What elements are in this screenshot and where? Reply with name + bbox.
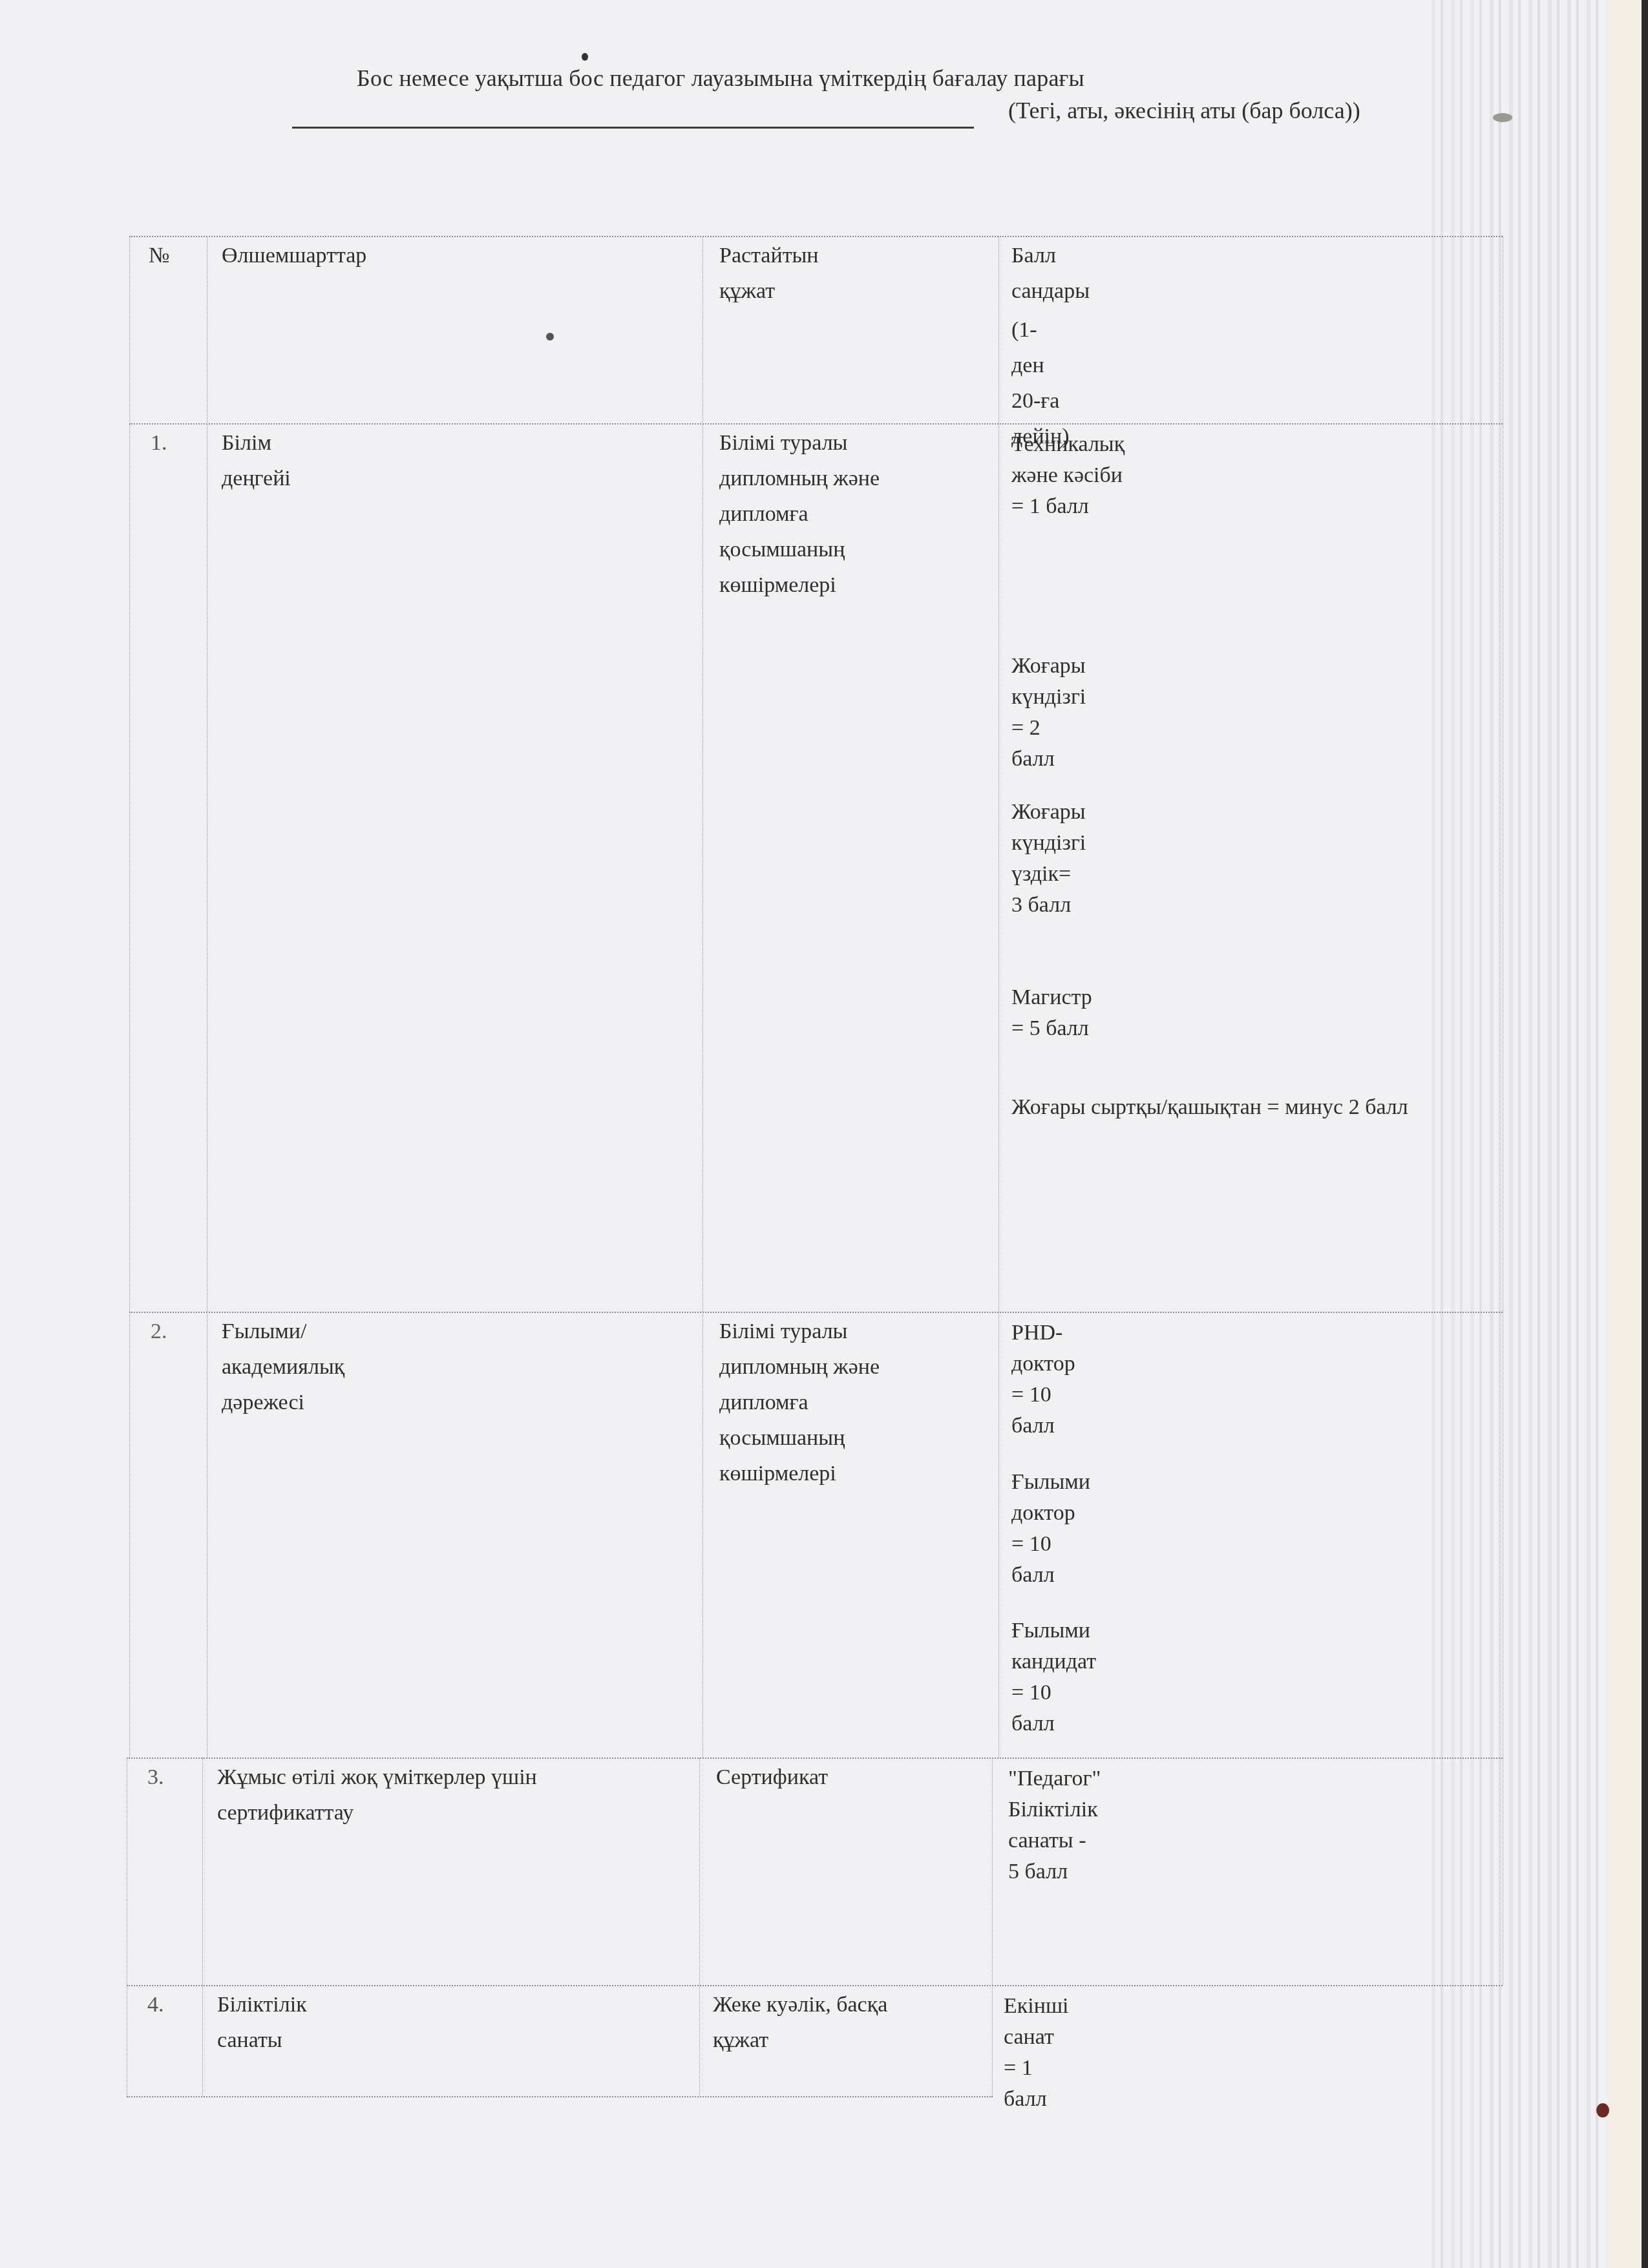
header-criteria: Өлшемшарттар: [222, 238, 366, 273]
scan-artifact-band: [1431, 0, 1490, 2268]
score-option: Ғылыми кандидат = 10 балл: [1011, 1615, 1096, 1739]
row-number: 2.: [151, 1314, 167, 1349]
header-score-title: Балл сандары: [1011, 238, 1090, 309]
row-divider: [127, 1758, 1503, 1759]
score-option: Жоғары күндізгі үздік= 3 балл: [1011, 797, 1086, 921]
scan-speck: [1493, 113, 1512, 122]
table-border: [127, 1758, 127, 2096]
score-option: Техникалық және кәсіби = 1 балл: [1011, 429, 1125, 522]
row-document: Сертификат: [716, 1759, 828, 1795]
header-document: Растайтын құжат: [719, 238, 819, 309]
score-option: PHD-доктор = 10 балл: [1011, 1318, 1075, 1442]
row-divider: [127, 1985, 1503, 1986]
column-divider: [703, 236, 703, 1758]
score-option: Магистр = 5 балл: [1011, 982, 1092, 1044]
table-border: [1503, 236, 1503, 1985]
score-option: Жоғары күндізгі = 2 балл: [1011, 651, 1086, 775]
applicant-name-hint: (Тегі, аты, әкесінің аты (бар болса)): [1008, 97, 1360, 124]
row-number: 4.: [147, 1987, 164, 2022]
row-divider: [129, 1312, 1503, 1313]
row-document: Білімі туралы дипломның және дипломға қо…: [719, 425, 933, 603]
header-number: №: [149, 238, 169, 273]
column-divider: [207, 236, 207, 1758]
score-option: Ғылыми доктор = 10 балл: [1011, 1467, 1090, 1591]
table-border: [127, 2096, 993, 2097]
row-criteria: Білім деңгейі: [222, 425, 291, 496]
column-divider: [992, 1758, 993, 2096]
score-option: Жоғары сыртқы/қашықтан = минус 2 балл: [1011, 1092, 1477, 1123]
scan-speck: [582, 53, 588, 61]
applicant-name-field[interactable]: [292, 127, 974, 129]
row-criteria: Біліктілік санаты: [217, 1987, 307, 2058]
scan-stain: [1596, 2103, 1609, 2117]
scan-artifact-band: [1490, 0, 1606, 2268]
row-divider: [129, 423, 1503, 425]
column-divider: [202, 1758, 203, 2096]
scanner-edge: [1642, 0, 1648, 2268]
row-document: Жеке куәлік, басқа құжат: [713, 1987, 933, 2058]
column-divider: [699, 1758, 700, 2096]
table-border: [129, 236, 130, 1758]
row-criteria: Жұмыс өтілі жоқ үміткерлер үшін сертифик…: [217, 1759, 631, 1831]
row-criteria: Ғылыми/академиялық дәрежесі: [222, 1314, 344, 1420]
row-document: Білімі туралы дипломның және дипломға қо…: [719, 1314, 933, 1491]
score-option: "Педагог" Біліктілік санаты - 5 балл: [1008, 1763, 1101, 1887]
table-border: [129, 236, 1503, 237]
document-title: Бос немесе уақытша бос педагог лауазымын…: [0, 65, 1441, 92]
scan-speck: [546, 333, 554, 341]
row-number: 3.: [147, 1759, 164, 1795]
column-divider: [998, 236, 999, 1758]
row-number: 1.: [151, 425, 167, 461]
score-option: Екінші санат = 1 балл: [1004, 1991, 1069, 2115]
scanned-page: [0, 0, 1606, 2268]
